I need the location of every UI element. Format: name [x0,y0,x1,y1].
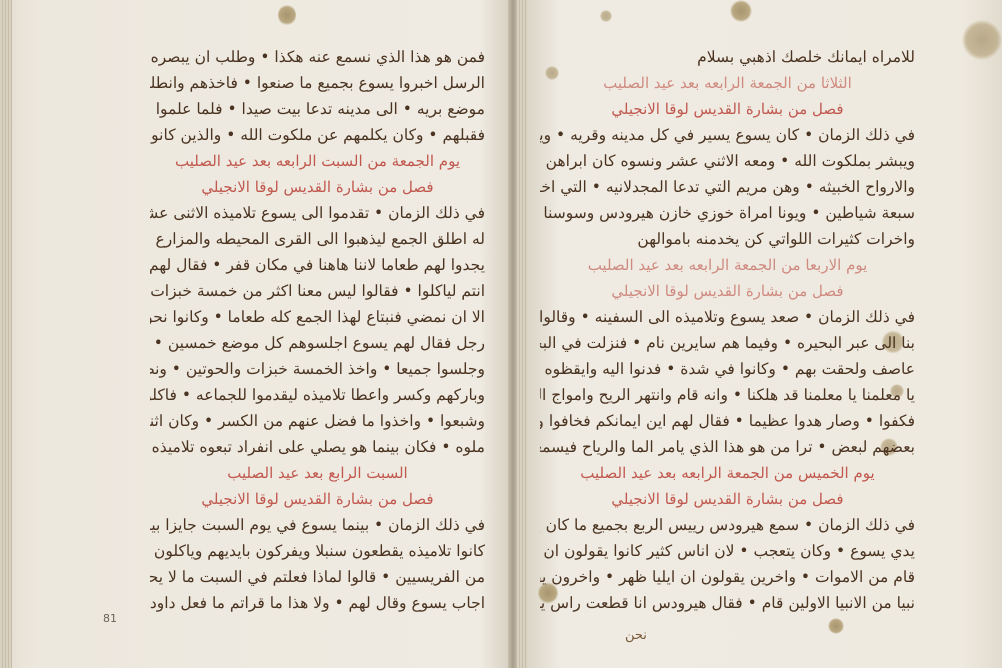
text-line: يجدوا لهم طعاما لاننا هاهنا في مكان قفر … [150,252,485,278]
text-line: عاصف ولحقت بهم • وكانوا في شدة • فدنوا ا… [540,356,915,382]
text-line: والارواح الخبيثه • وهن مريم التي تدعا ال… [540,174,915,200]
rubric-heading: يوم الجمعة من السبت الرابعه بعد عيد الصل… [150,148,485,174]
text-line: في ذلك الزمان • سمع هيرودس رييس الربع بج… [540,512,915,538]
rubric-heading: السبت الرابع بعد عيد الصليب [150,460,485,486]
text-line: يدي يسوع • وكان يتعجب • لان اناس كثير كا… [540,538,915,564]
text-line: وشبعوا • واخذوا ما فضل عنهم من الكسر • و… [150,408,485,434]
text-line: فكفوا • وصار هدوا عظيما • فقال لهم اين ا… [540,408,915,434]
text-line: نبيا من الانبيا الاولين قام • فقال هيرود… [540,590,915,616]
text-line: ويبشر بملكوت الله • ومعه الاثني عشر ونسو… [540,148,915,174]
text-line: قام من الاموات • واخرين يقولون ان ايليا … [540,564,915,590]
rubric-heading: الثلاثا من الجمعة الرابعه بعد عيد الصليب [540,70,915,96]
rubric-heading: يوم الاربعا من الجمعة الرابعه بعد عيد ال… [540,252,915,278]
text-line: الرسل اخبروا يسوع بجميع ما صنعوا • فاخذه… [150,70,485,96]
text-line: بنا الى عبر البحيره • وفيما هم سايرين نا… [540,330,915,356]
text-line: كانوا تلاميذه يقطعون سنبلا ويفركون بايدي… [150,538,485,564]
text-line: وجلسوا جميعا • واخذ الخمسة خبزات والحوتي… [150,356,485,382]
left-page: فمن هو هذا الذي نسمع عنه هكذا • وطلب ان … [0,0,512,668]
text-line: انتم لياكلوا • فقالوا ليس معنا اكثر من خ… [150,278,485,304]
rubric-heading: فصل من بشارة القديس لوقا الانجيلي [540,96,915,122]
text-line: اجاب يسوع وقال لهم • ولا هذا ما قراتم ما… [150,590,485,616]
text-line: في ذلك الزمان • صعد يسوع وتلاميذه الى ال… [540,304,915,330]
text-line: الا ان نمضي فنبتاع لهذا الجمع كله طعاما … [150,304,485,330]
text-line: في ذلك الزمان • بينما يسوع في يوم السبت … [150,512,485,538]
text-line: في ذلك الزمان • تقدموا الى يسوع تلاميذه … [150,200,485,226]
text-line: فمن هو هذا الذي نسمع عنه هكذا • وطلب ان … [150,44,485,70]
folio-number: 81 [103,612,117,625]
text-line: للامراه ايمانك خلصك اذهبي بسلام [540,44,915,70]
text-line: واخرات كثيرات اللواتي كن يخدمنه باموالهن [540,226,915,252]
text-line: وباركهم وكسر واعطا تلاميذه ليقدموا للجما… [150,382,485,408]
text-line: في ذلك الزمان • كان يسوع يسير في كل مدين… [540,122,915,148]
rubric-heading: فصل من بشارة القديس لوقا الانجيلي [540,278,915,304]
left-page-text: فمن هو هذا الذي نسمع عنه هكذا • وطلب ان … [150,44,485,616]
text-line: بعضهم لبعض • ترا من هو هذا الذي يامر الم… [540,434,915,460]
right-page-text: للامراه ايمانك خلصك اذهبي بسلام الثلاثا … [540,44,915,616]
text-line: من الفريسيين • قالوا لماذا فعلتم في السب… [150,564,485,590]
text-line: موضع بريه • الى مدينه تدعا بيت صيدا • فل… [150,96,485,122]
manuscript-spread: فمن هو هذا الذي نسمع عنه هكذا • وطلب ان … [0,0,1002,668]
text-line: فقبلهم • وكان يكلمهم عن ملكوت الله • وال… [150,122,485,148]
rubric-heading: فصل من بشارة القديس لوقا الانجيلي [150,174,485,200]
rubric-heading: فصل من بشارة القديس لوقا الانجيلي [150,486,485,512]
text-line: ملوه • فكان بينما هو يصلي على انفراد تبع… [150,434,485,460]
text-line: يا معلمنا يا معلمنا قد هلكنا • وانه قام … [540,382,915,408]
catchword: نحن [625,628,647,643]
text-line: رجل فقال لهم يسوع اجلسوهم كل موضع خمسين … [150,330,485,356]
rubric-heading: فصل من بشارة القديس لوقا الانجيلي [540,486,915,512]
text-line: له اطلق الجمع ليذهبوا الى القرى المحيطه … [150,226,485,252]
rubric-heading: يوم الخميس من الجمعة الرابعه بعد عيد الص… [540,460,915,486]
text-line: سبعة شياطين • ويونا امراة خوزي خازن هيرو… [540,200,915,226]
